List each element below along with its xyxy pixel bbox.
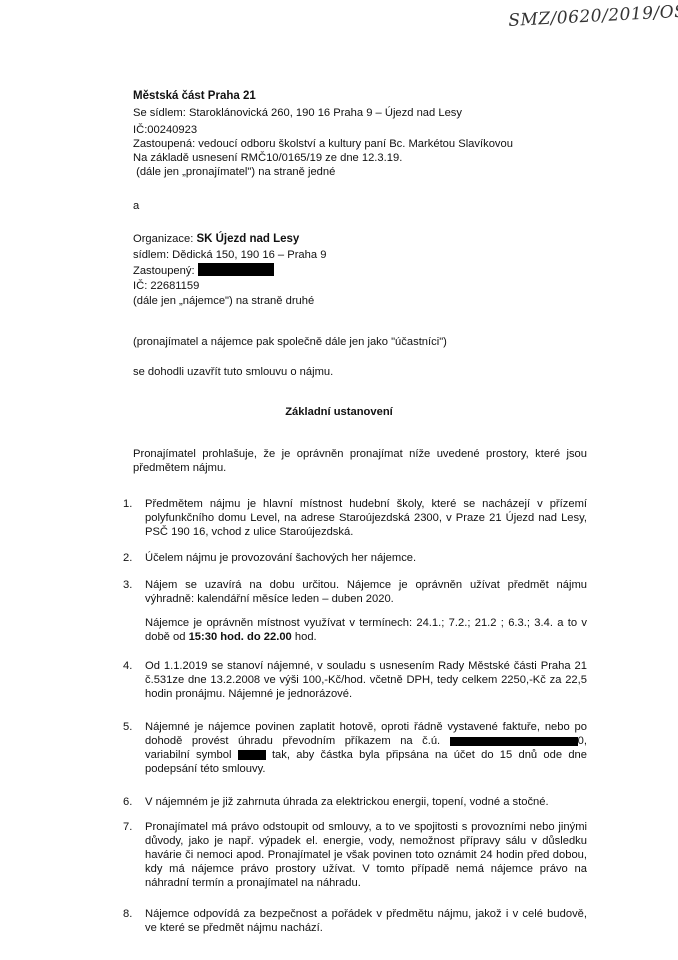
tenant-represented: Zastoupený: bbox=[133, 263, 553, 278]
tenant-org-label: Organizace: bbox=[133, 233, 196, 245]
schedule-suffix: hod. bbox=[292, 631, 317, 643]
clause-number: 4. bbox=[123, 659, 145, 701]
clause-7: 7. Pronajímatel má právo odstoupit od sm… bbox=[123, 820, 587, 890]
tenant-organization: Organizace: SK Újezd nad Lesy bbox=[133, 232, 553, 246]
redacted-representative bbox=[198, 263, 274, 276]
clause-1: 1. Předmětem nájmu je hlavní místnost hu… bbox=[123, 497, 587, 539]
clause-text: V nájemném je již zahrnuta úhrada za ele… bbox=[145, 795, 587, 809]
intro-paragraph: Pronajímatel prohlašuje, že je oprávněn … bbox=[133, 447, 587, 475]
tenant-role: (dále jen „nájemce") na straně druhé bbox=[133, 294, 553, 308]
parties-note: (pronajímatel a nájemce pak společně dál… bbox=[133, 335, 553, 349]
clause-3: 3. Nájem se uzavírá na dobu určitou. Náj… bbox=[123, 578, 587, 644]
clause-number: 6. bbox=[123, 795, 145, 809]
clause-6: 6. V nájemném je již zahrnuta úhrada za … bbox=[123, 795, 587, 809]
tenant-org-name: SK Újezd nad Lesy bbox=[196, 233, 299, 245]
section-title: Základní ustanovení bbox=[0, 405, 678, 419]
clause-2: 2. Účelem nájmu je provozování šachových… bbox=[123, 551, 587, 565]
clause-text: Účelem nájmu je provozování šachových he… bbox=[145, 551, 587, 565]
landlord-seat: Se sídlem: Staroklánovická 260, 190 16 P… bbox=[133, 106, 553, 120]
landlord-resolution: Na základě usnesení RMČ10/0165/19 ze dne… bbox=[133, 151, 553, 165]
clause-number: 5. bbox=[123, 720, 145, 776]
landlord-represented: Zastoupená: vedoucí odboru školství a ku… bbox=[133, 137, 553, 151]
clause-text: Předmětem nájmu je hlavní místnost hudeb… bbox=[145, 497, 587, 539]
agreement-statement: se dohodli uzavřít tuto smlouvu o nájmu. bbox=[133, 365, 553, 379]
handwritten-reference-number: SMZ/0620/2019/OSK bbox=[508, 5, 678, 28]
clause-8: 8. Nájemce odpovídá za bezpečnost a pořá… bbox=[123, 907, 587, 935]
clause-text: Pronajímatel má právo odstoupit od smlou… bbox=[145, 820, 587, 890]
tenant-ico: IČ: 22681159 bbox=[133, 279, 553, 293]
clause-text: Nájem se uzavírá na dobu určitou. Nájemc… bbox=[145, 578, 587, 606]
clause-number: 1. bbox=[123, 497, 145, 539]
clause-5: 5. Nájemné je nájemce povinen zaplatit h… bbox=[123, 720, 587, 776]
clause-text: Od 1.1.2019 se stanoví nájemné, v soulad… bbox=[145, 659, 587, 701]
landlord-name: Městská část Praha 21 bbox=[133, 89, 553, 103]
clause-text: Nájemce odpovídá za bezpečnost a pořádek… bbox=[145, 907, 587, 935]
clause-3-schedule: Nájemce je oprávněn místnost využívat v … bbox=[145, 616, 587, 644]
clause-number: 8. bbox=[123, 907, 145, 935]
clause-4: 4. Od 1.1.2019 se stanoví nájemné, v sou… bbox=[123, 659, 587, 701]
landlord-role: (dále jen „pronajímatel") na straně jedn… bbox=[133, 165, 553, 179]
redacted-account-number bbox=[450, 737, 578, 746]
landlord-ico: IČ:00240923 bbox=[133, 123, 553, 137]
schedule-hours: 15:30 hod. do 22.00 bbox=[189, 631, 292, 643]
conjunction: a bbox=[133, 199, 553, 213]
tenant-seat: sídlem: Dědická 150, 190 16 – Praha 9 bbox=[133, 248, 553, 262]
clause-number: 2. bbox=[123, 551, 145, 565]
tenant-represented-label: Zastoupený: bbox=[133, 265, 198, 277]
redacted-variable-symbol bbox=[238, 750, 266, 760]
clause-number: 7. bbox=[123, 820, 145, 890]
clause-number: 3. bbox=[123, 578, 145, 644]
tenant-block: Organizace: SK Újezd nad Lesy sídlem: Dě… bbox=[133, 232, 553, 308]
landlord-block: Městská část Praha 21 Se sídlem: Starokl… bbox=[133, 89, 553, 179]
